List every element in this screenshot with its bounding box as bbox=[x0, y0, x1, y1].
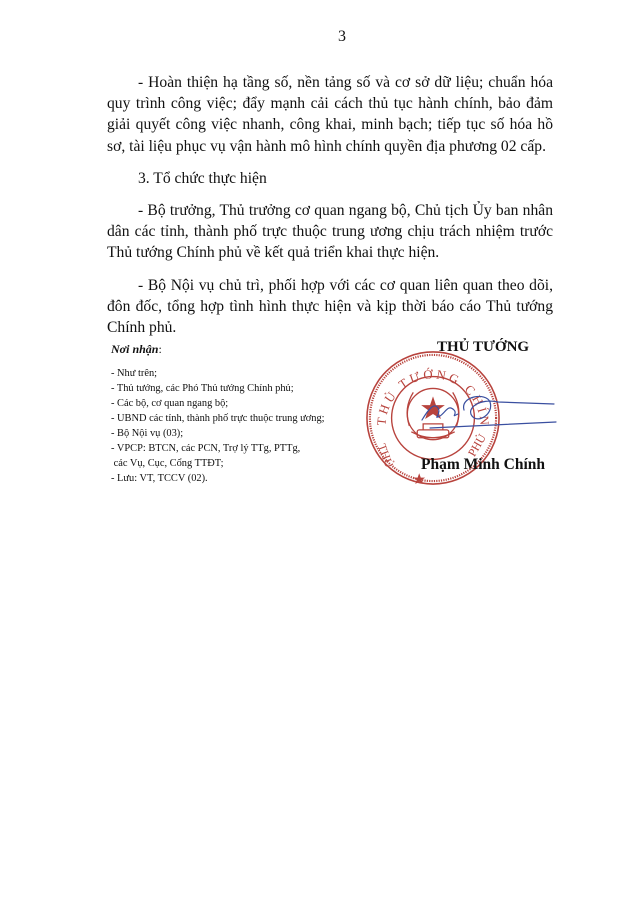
paragraph-ministers-responsibility: - Bộ trưởng, Thủ trưởng cơ quan ngang bộ… bbox=[107, 200, 553, 264]
recipient-item: - VPCP: BTCN, các PCN, Trợ lý TTg, PTTg, bbox=[111, 441, 351, 456]
recipients-title-colon: : bbox=[158, 342, 161, 356]
recipient-item: - Như trên; bbox=[111, 366, 351, 381]
paragraph-digital-infrastructure: - Hoàn thiện hạ tầng số, nền tảng số và … bbox=[107, 72, 553, 157]
recipients-title: Nơi nhận: bbox=[111, 342, 351, 357]
paragraph-home-affairs: - Bộ Nội vụ chủ trì, phối hợp với các cơ… bbox=[107, 275, 553, 339]
recipient-item: các Vụ, Cục, Cổng TTĐT; bbox=[111, 456, 351, 471]
page-number: 3 bbox=[0, 28, 640, 46]
recipient-item: - Bộ Nội vụ (03); bbox=[111, 426, 351, 441]
recipient-item: - Lưu: VT, TCCV (02). bbox=[111, 471, 351, 486]
document-body: - Hoàn thiện hạ tầng số, nền tảng số và … bbox=[107, 72, 553, 349]
signer-title: THỦ TƯỚNG bbox=[437, 339, 529, 356]
section-heading-implementation: 3. Tổ chức thực hiện bbox=[107, 168, 553, 189]
recipients-block: Nơi nhận: - Như trên; - Thủ tướng, các P… bbox=[111, 342, 351, 486]
recipients-title-text: Nơi nhận bbox=[111, 342, 158, 356]
handwritten-signature-icon bbox=[420, 380, 560, 440]
recipient-item: - Các bộ, cơ quan ngang bộ; bbox=[111, 396, 351, 411]
signer-name: Phạm Minh Chính bbox=[421, 456, 545, 474]
recipient-item: - Thủ tướng, các Phó Thủ tướng Chính phủ… bbox=[111, 381, 351, 396]
recipient-item: - UBND các tỉnh, thành phố trực thuộc tr… bbox=[111, 411, 351, 426]
